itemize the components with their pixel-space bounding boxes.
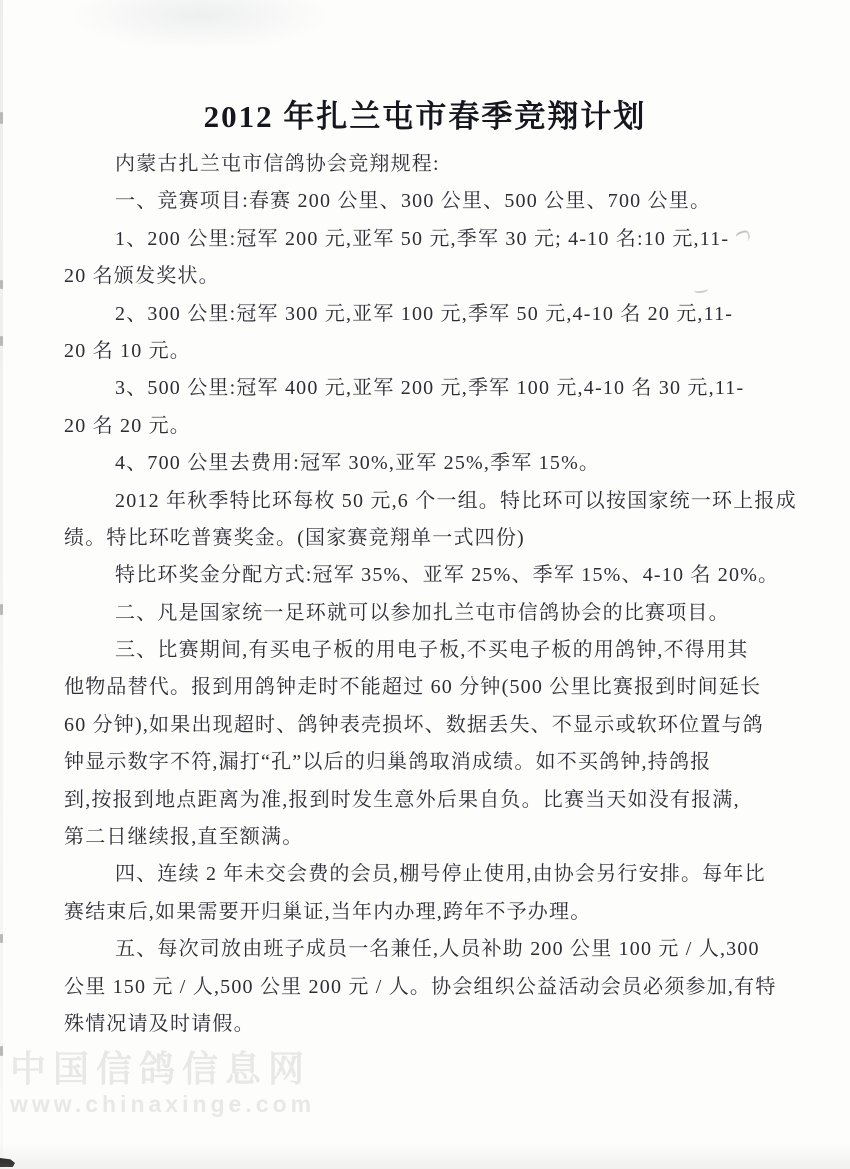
doc-line: 绩。特比环吃普赛奖金。(国家赛竞翔单一式四份) xyxy=(64,520,804,557)
doc-line: 公里 150 元 / 人,500 公里 200 元 / 人。协会组织公益活动会员… xyxy=(64,969,804,1006)
doc-line: 内蒙古扎兰屯市信鸽协会竞翔规程: xyxy=(64,146,804,183)
page-title: 2012 年扎兰屯市春季竞翔计划 xyxy=(0,91,850,136)
doc-line: 第二日继续报,直至额满。 xyxy=(64,819,804,856)
scan-artifact-dash xyxy=(0,112,3,124)
doc-line: 三、比赛期间,有买电子板的用电子板,不买电子板的用鸽钟,不得用其 xyxy=(64,632,804,669)
watermark: 中国信鸽信息网 www.chinaxinge.com xyxy=(10,1048,315,1118)
doc-line: 赛结束后,如果需要开归巢证,当年内办理,跨年不予办理。 xyxy=(64,894,804,931)
scan-edge-strip xyxy=(0,0,3,1169)
doc-line: 到,按报到地点距离为准,报到时发生意外后果自负。比赛当天如没有报满, xyxy=(64,782,804,819)
watermark-site-url: www.chinaxinge.com xyxy=(10,1090,315,1118)
doc-line: 3、500 公里:冠军 400 元,亚军 200 元,季军 100 元,4-10… xyxy=(64,370,804,407)
doc-line: 4、700 公里去费用:冠军 30%,亚军 25%,季军 15%。 xyxy=(64,445,804,482)
document-page: 2012 年扎兰屯市春季竞翔计划 内蒙古扎兰屯市信鸽协会竞翔规程:一、竞赛项目:… xyxy=(0,0,850,1169)
doc-line: 特比环奖金分配方式:冠军 35%、亚军 25%、季军 15%、4-10 名 20… xyxy=(64,557,804,594)
scan-artifact-dash xyxy=(0,934,3,943)
doc-line: 一、竞赛项目:春赛 200 公里、300 公里、500 公里、700 公里。 xyxy=(64,183,804,220)
doc-line: 二、凡是国家统一足环就可以参加扎兰屯市信鸽协会的比赛项目。 xyxy=(64,595,804,632)
scan-smudge xyxy=(70,0,330,50)
doc-line: 殊情况请及时请假。 xyxy=(64,1006,804,1043)
doc-line: 60 分钟),如果出现超时、鸽钟表壳损坏、数据丢失、不显示或软环位置与鸽 xyxy=(64,707,804,744)
doc-line: 四、连续 2 年未交会费的会员,棚号停止使用,由协会另行安排。每年比 xyxy=(64,856,804,893)
scan-artifact-dash xyxy=(0,336,3,346)
doc-line: 2、300 公里:冠军 300 元,亚军 100 元,季军 50 元,4-10 … xyxy=(64,296,804,333)
scan-bottom-shade xyxy=(0,1143,850,1169)
doc-line: 20 名 20 元。 xyxy=(64,408,804,445)
document-body: 内蒙古扎兰屯市信鸽协会竞翔规程:一、竞赛项目:春赛 200 公里、300 公里、… xyxy=(64,146,804,1043)
doc-line: 2012 年秋季特比环每枚 50 元,6 个一组。特比环可以按国家统一环上报成 xyxy=(64,483,804,520)
watermark-site-name: 中国信鸽信息网 xyxy=(10,1048,315,1090)
scan-artifact-dash xyxy=(0,604,3,615)
doc-line: 20 名 10 元。 xyxy=(64,333,804,370)
doc-line: 钟显示数字不符,漏打“孔”以后的归巢鸽取消成绩。如不买鸽钟,持鸽报 xyxy=(64,744,804,781)
doc-line: 他物品替代。报到用鸽钟走时不能超过 60 分钟(500 公里比赛报到时间延长 xyxy=(64,669,804,706)
doc-line: 五、每次司放由班子成员一名兼任,人员补助 200 公里 100 元 / 人,30… xyxy=(64,931,804,968)
scan-artifact-dash xyxy=(0,1046,3,1056)
scan-artifact-dash xyxy=(0,280,3,289)
doc-line: 1、200 公里:冠军 200 元,亚军 50 元,季军 30 元; 4-10 … xyxy=(64,221,804,258)
